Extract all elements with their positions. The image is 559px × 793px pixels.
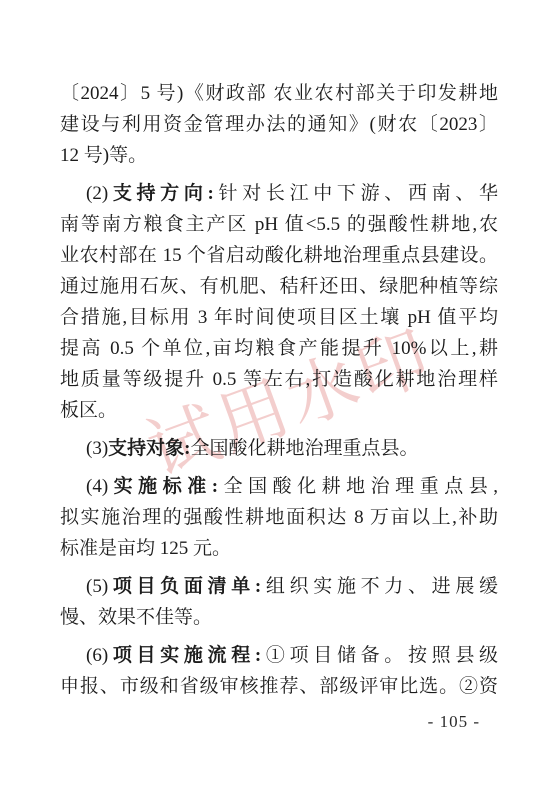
text-line: (2)支持方向:针对长江中下游、西南、华 bbox=[60, 178, 498, 209]
line-text: 〔2024〕5 号)《财政部 农业农村部关于印发耕地 bbox=[60, 83, 498, 104]
line-text: 全国酸化耕地治理重点县。 bbox=[190, 438, 418, 459]
text-line: (6)项目实施流程:①项目储备。按照县级 bbox=[60, 640, 498, 671]
text-line: 拟实施治理的强酸性耕地面积达 8 万亩以上,补助 bbox=[60, 502, 498, 533]
line-emphasis: 实施标准: bbox=[108, 476, 218, 497]
text-line: 南等南方粮食主产区 pH 值<5.5 的强酸性耕地,农 bbox=[60, 209, 498, 240]
text-line: (5)项目负面清单:组织实施不力、进展缓 bbox=[60, 571, 498, 602]
line-text: 全国酸化耕地治理重点县, bbox=[218, 476, 498, 497]
line-text: 合措施,目标用 3 年时间使项目区土壤 pH 值平均 bbox=[60, 307, 498, 328]
text-line: 提高 0.5 个单位,亩均粮食产能提升 10%以上,耕 bbox=[60, 333, 498, 364]
line-prefix: (4) bbox=[86, 476, 108, 497]
line-text: 12 号)等。 bbox=[60, 145, 147, 166]
line-emphasis: 支持对象: bbox=[108, 438, 190, 459]
line-text: 南等南方粮食主产区 pH 值<5.5 的强酸性耕地,农 bbox=[60, 214, 498, 235]
line-text: 提高 0.5 个单位,亩均粮食产能提升 10%以上,耕 bbox=[60, 338, 498, 359]
text-line: 建设与利用资金管理办法的通知》(财农〔2023〕 bbox=[60, 109, 498, 140]
text-line: (3)支持对象:全国酸化耕地治理重点县。 bbox=[60, 433, 498, 464]
text-line: 慢、效果不佳等。 bbox=[60, 602, 498, 633]
line-prefix: (6) bbox=[86, 645, 108, 666]
text-line: 地质量等级提升 0.5 等左右,打造酸化耕地治理样 bbox=[60, 364, 498, 395]
line-text: 申报、市级和省级审核推荐、部级评审比选。②资 bbox=[60, 676, 498, 697]
line-prefix: (2) bbox=[86, 183, 108, 204]
line-emphasis: 项目负面清单: bbox=[108, 576, 261, 597]
text-block: 〔2024〕5 号)《财政部 农业农村部关于印发耕地 建设与利用资金管理办法的通… bbox=[60, 78, 498, 702]
text-line: 业农村部在 15 个省启动酸化耕地治理重点县建设。 bbox=[60, 240, 498, 271]
line-text: 地质量等级提升 0.5 等左右,打造酸化耕地治理样 bbox=[60, 369, 498, 390]
text-line: (4)实施标准:全国酸化耕地治理重点县, bbox=[60, 471, 498, 502]
line-text: 慢、效果不佳等。 bbox=[60, 607, 212, 628]
text-line: 〔2024〕5 号)《财政部 农业农村部关于印发耕地 bbox=[60, 78, 498, 109]
text-line: 12 号)等。 bbox=[60, 140, 498, 171]
line-emphasis: 支持方向: bbox=[108, 183, 214, 204]
line-text: 拟实施治理的强酸性耕地面积达 8 万亩以上,补助 bbox=[60, 507, 498, 528]
text-line: 板区。 bbox=[60, 395, 498, 426]
line-text: 组织实施不力、进展缓 bbox=[261, 576, 498, 597]
line-text: ①项目储备。按照县级 bbox=[261, 645, 498, 666]
line-text: 针对长江中下游、西南、华 bbox=[214, 183, 498, 204]
line-emphasis: 项目实施流程: bbox=[108, 645, 261, 666]
line-text: 建设与利用资金管理办法的通知》(财农〔2023〕 bbox=[60, 114, 498, 135]
line-text: 业农村部在 15 个省启动酸化耕地治理重点县建设。 bbox=[60, 245, 498, 266]
text-line: 合措施,目标用 3 年时间使项目区土壤 pH 值平均 bbox=[60, 302, 498, 333]
text-line: 申报、市级和省级审核推荐、部级评审比选。②资 bbox=[60, 671, 498, 702]
text-line: 通过施用石灰、有机肥、秸秆还田、绿肥种植等综 bbox=[60, 271, 498, 302]
line-prefix: (3) bbox=[86, 438, 108, 459]
line-text: 标准是亩均 125 元。 bbox=[60, 538, 231, 559]
document-page: 试用水印 〔2024〕5 号)《财政部 农业农村部关于印发耕地 建设与利用资金管… bbox=[0, 0, 559, 793]
text-line: 标准是亩均 125 元。 bbox=[60, 533, 498, 564]
page-number: - 105 - bbox=[428, 712, 480, 732]
line-text: 板区。 bbox=[60, 400, 117, 421]
line-text: 通过施用石灰、有机肥、秸秆还田、绿肥种植等综 bbox=[60, 276, 498, 297]
line-prefix: (5) bbox=[86, 576, 108, 597]
